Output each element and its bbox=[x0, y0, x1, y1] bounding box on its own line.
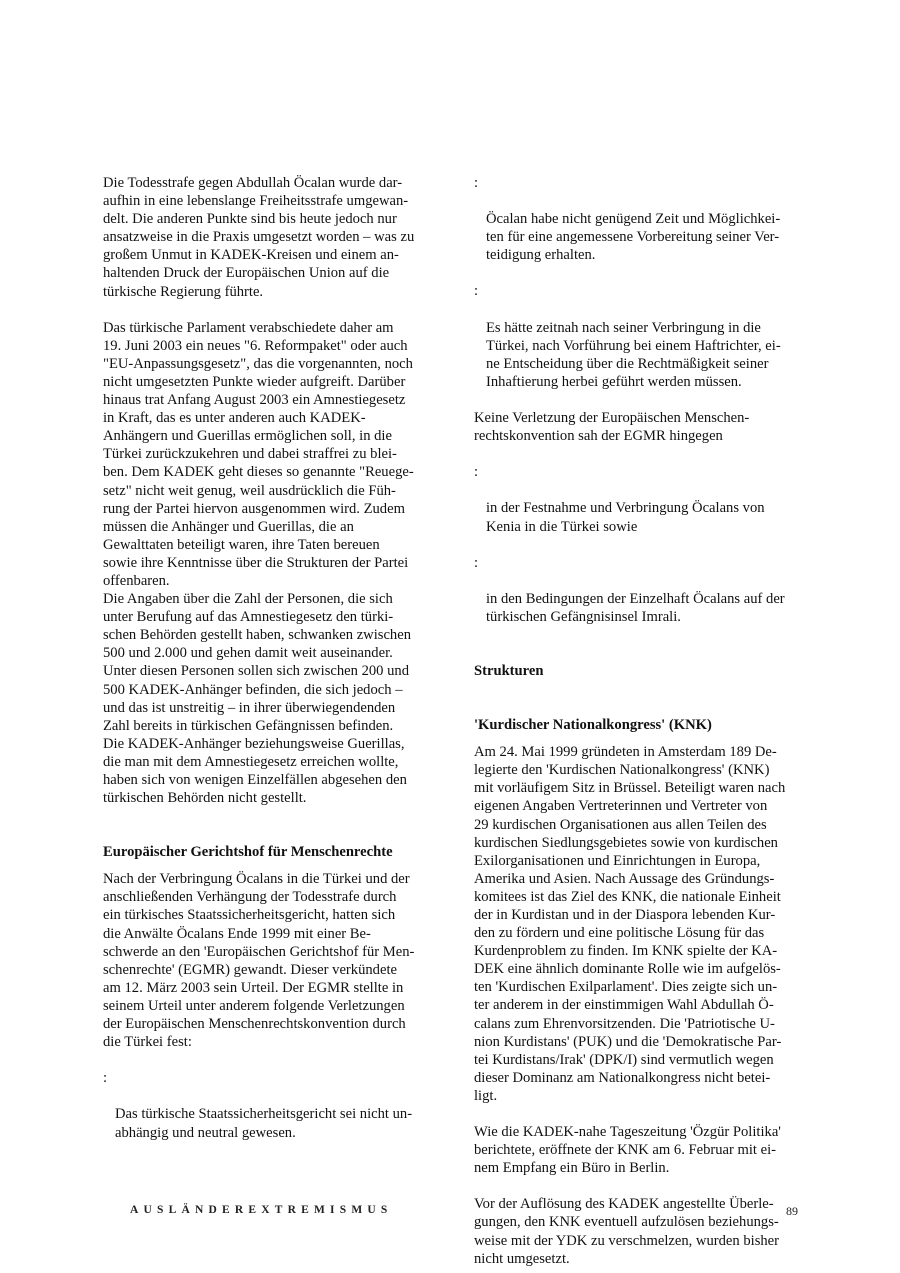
left-column: Die Todesstrafe gegen Abdullah Öcalan wu… bbox=[103, 174, 433, 1142]
section-heading-egmr: Europäischer Gerichtshof für Menschenrec… bbox=[103, 843, 433, 861]
list-item-text: Öcalan habe nicht genügend Zeit und Mögl… bbox=[486, 211, 780, 263]
bullet-marker: : bbox=[474, 282, 478, 300]
paragraph-knk-berlin-office: Wie die KADEK-nahe Tageszeitung 'Özgür P… bbox=[474, 1123, 802, 1177]
list-item: : Es hätte zeitnah nach seiner Verbringu… bbox=[474, 282, 802, 391]
list-item-text: in den Bedingungen der Einzelhaft Öcalan… bbox=[486, 591, 785, 625]
right-column: : Öcalan habe nicht genügend Zeit und Mö… bbox=[474, 174, 802, 1268]
page-number: 89 bbox=[786, 1204, 798, 1219]
paragraph-death-penalty: Die Todesstrafe gegen Abdullah Öcalan wu… bbox=[103, 174, 433, 301]
bullet-marker: : bbox=[103, 1069, 107, 1087]
list-item-text: Es hätte zeitnah nach seiner Verbringung… bbox=[486, 320, 781, 390]
bullet-marker: : bbox=[474, 174, 478, 192]
running-footer-title: AUSLÄNDEREXTREMISMUS bbox=[130, 1204, 798, 1216]
section-heading-knk: 'Kurdischer Nationalkongress' (KNK) bbox=[474, 716, 802, 734]
list-item: : in der Festnahme und Verbringung Öcala… bbox=[474, 463, 802, 535]
list-item: : Öcalan habe nicht genügend Zeit und Mö… bbox=[474, 174, 802, 264]
paragraph-no-violation: Keine Verletzung der Europäischen Mensch… bbox=[474, 409, 802, 445]
section-heading-strukturen: Strukturen bbox=[474, 662, 802, 680]
list-item-text: in der Festnahme und Verbringung Öcalans… bbox=[486, 500, 765, 534]
list-item: : in den Bedingungen der Einzelhaft Öcal… bbox=[474, 554, 802, 626]
paragraph-amnesty-numbers: Die Angaben über die Zahl der Personen, … bbox=[103, 590, 433, 807]
paragraph-knk-founding: Am 24. Mai 1999 gründeten in Amsterdam 1… bbox=[474, 743, 802, 1105]
paragraph-reform-package: Das türkische Parlament verabschiedete d… bbox=[103, 319, 433, 590]
list-item: : Das türkische Staatssicherheitsgericht… bbox=[103, 1069, 433, 1141]
bullet-marker: : bbox=[474, 554, 478, 572]
paragraph-egmr: Nach der Verbringung Öcalans in die Türk… bbox=[103, 870, 433, 1051]
list-item-text: Das türkische Staatssicherheitsgericht s… bbox=[115, 1106, 412, 1140]
bullet-marker: : bbox=[474, 463, 478, 481]
